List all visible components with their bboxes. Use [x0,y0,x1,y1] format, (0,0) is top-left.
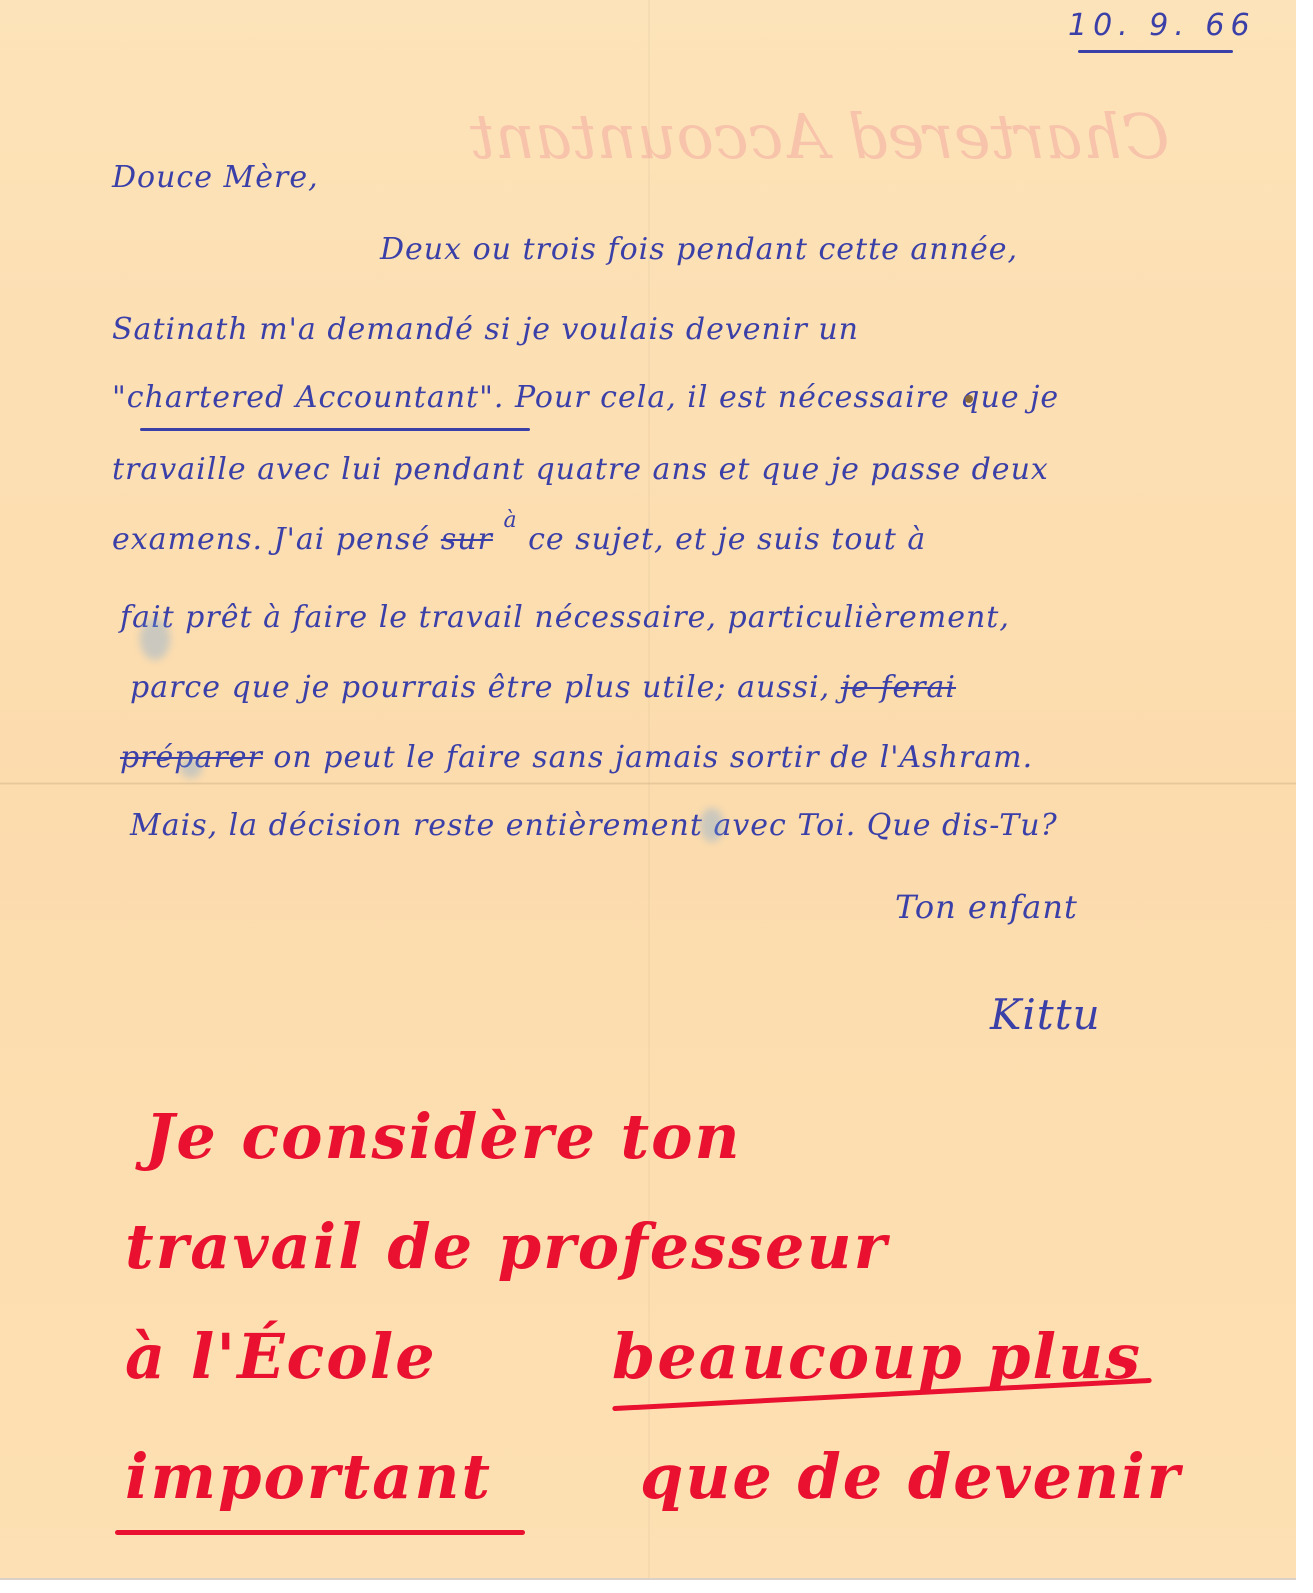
letter-paper: Chartered Accountant 10. 9. 66 Douce Mèr… [0,0,1296,1580]
body-line-7: parce que je pourrais être plus utile; a… [130,670,956,705]
chartered-accountant-underline [140,428,530,431]
ink-spot [965,395,973,403]
ink-smudge [700,808,724,842]
bleed-through-text: Chartered Accountant [470,100,1169,173]
body-line-3: "chartered Accountant". Pour cela, il es… [112,380,1059,415]
body-line-5a: examens. J'ai pensé sur à ce sujet, et j… [112,522,926,557]
important-underline [115,1530,525,1535]
reply-line-4b: que de devenir [640,1440,1181,1513]
body-line-6: fait prêt à faire le travail nécessaire,… [120,600,1010,635]
body-line-2: Satinath m'a demandé si je voulais deven… [112,312,859,347]
body-line-4: travaille avec lui pendant quatre ans et… [112,452,1049,487]
reply-line-1: Je considère ton [145,1100,742,1173]
letter-date: 10. 9. 66 [1068,8,1256,43]
body-line-8: préparer on peut le faire sans jamais so… [120,740,1033,775]
closing: Ton enfant [895,888,1078,926]
body-line-7-text: parce que je pourrais être plus utile; a… [130,670,830,705]
body-line-8-text: on peut le faire sans jamais sortir de l… [273,740,1033,775]
salutation: Douce Mère, [112,160,319,195]
date-underline [1078,50,1233,53]
reply-line-4a: important [125,1440,492,1513]
struck-word-sur: sur [441,522,493,557]
signature: Kittu [990,990,1101,1039]
inserted-word-a: à [503,508,517,533]
reply-line-2: travail de professeur [125,1210,888,1283]
ink-smudge [140,618,170,660]
body-line-1: Deux ou trois fois pendant cette année, [380,232,1018,267]
ink-smudge [180,758,202,778]
body-line-9: Mais, la décision reste entièrement avec… [130,808,1058,843]
body-line-5-start: examens. J'ai pensé [112,522,430,557]
struck-words-je-ferai: je ferai [841,670,956,705]
body-line-5-end: ce sujet, et je suis tout à [528,522,926,557]
reply-line-3a: à l'École [125,1320,437,1393]
